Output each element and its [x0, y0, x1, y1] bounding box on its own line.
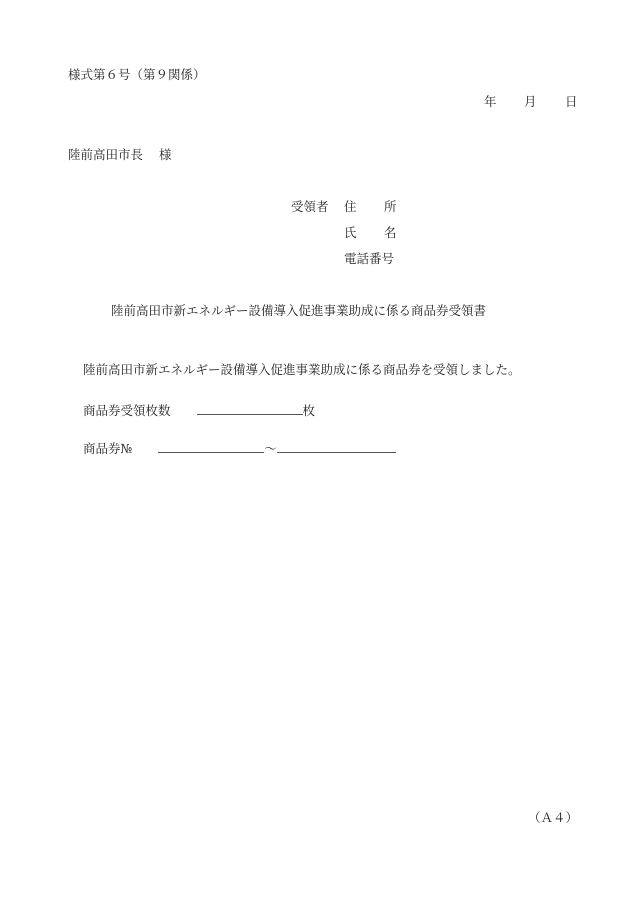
- form-number: 様式第６号（第９関係）: [68, 67, 206, 83]
- name-label: 氏名: [344, 225, 397, 241]
- phone-label: 電話番号: [344, 251, 394, 267]
- addressee: 陸前高田市長様: [68, 147, 172, 163]
- number-label: 商品券№: [83, 441, 132, 456]
- range-separator: ～: [264, 441, 277, 456]
- count-label: 商品券受領枚数: [83, 403, 171, 418]
- date-day-label: 日: [565, 94, 578, 110]
- address-label: 住所: [344, 199, 397, 215]
- number-from-blank-line[interactable]: [158, 439, 264, 453]
- addressee-name: 陸前高田市長: [68, 147, 143, 162]
- number-row: 商品券№～: [83, 439, 396, 457]
- date-line: 年月日: [484, 94, 578, 110]
- recipient-label: 受領者: [291, 199, 329, 215]
- document-title: 陸前高田市新エネルギー設備導入促進事業助成に係る商品券受領書: [111, 303, 486, 319]
- count-unit: 枚: [303, 403, 316, 418]
- body-text: 陸前高田市新エネルギー設備導入促進事業助成に係る商品券を受領しました。: [83, 362, 521, 378]
- number-to-blank-line[interactable]: [277, 439, 396, 453]
- paper-size-label: （Ａ４）: [528, 810, 578, 826]
- count-row: 商品券受領枚数枚: [83, 401, 315, 419]
- addressee-honorific: 様: [159, 147, 172, 162]
- date-month-label: 月: [524, 94, 565, 110]
- date-year-label: 年: [484, 94, 524, 110]
- name-label-char1: 氏: [344, 225, 384, 241]
- name-label-char2: 名: [384, 225, 397, 241]
- count-blank-line[interactable]: [197, 401, 303, 415]
- address-label-char2: 所: [384, 199, 397, 215]
- address-label-char1: 住: [344, 199, 384, 215]
